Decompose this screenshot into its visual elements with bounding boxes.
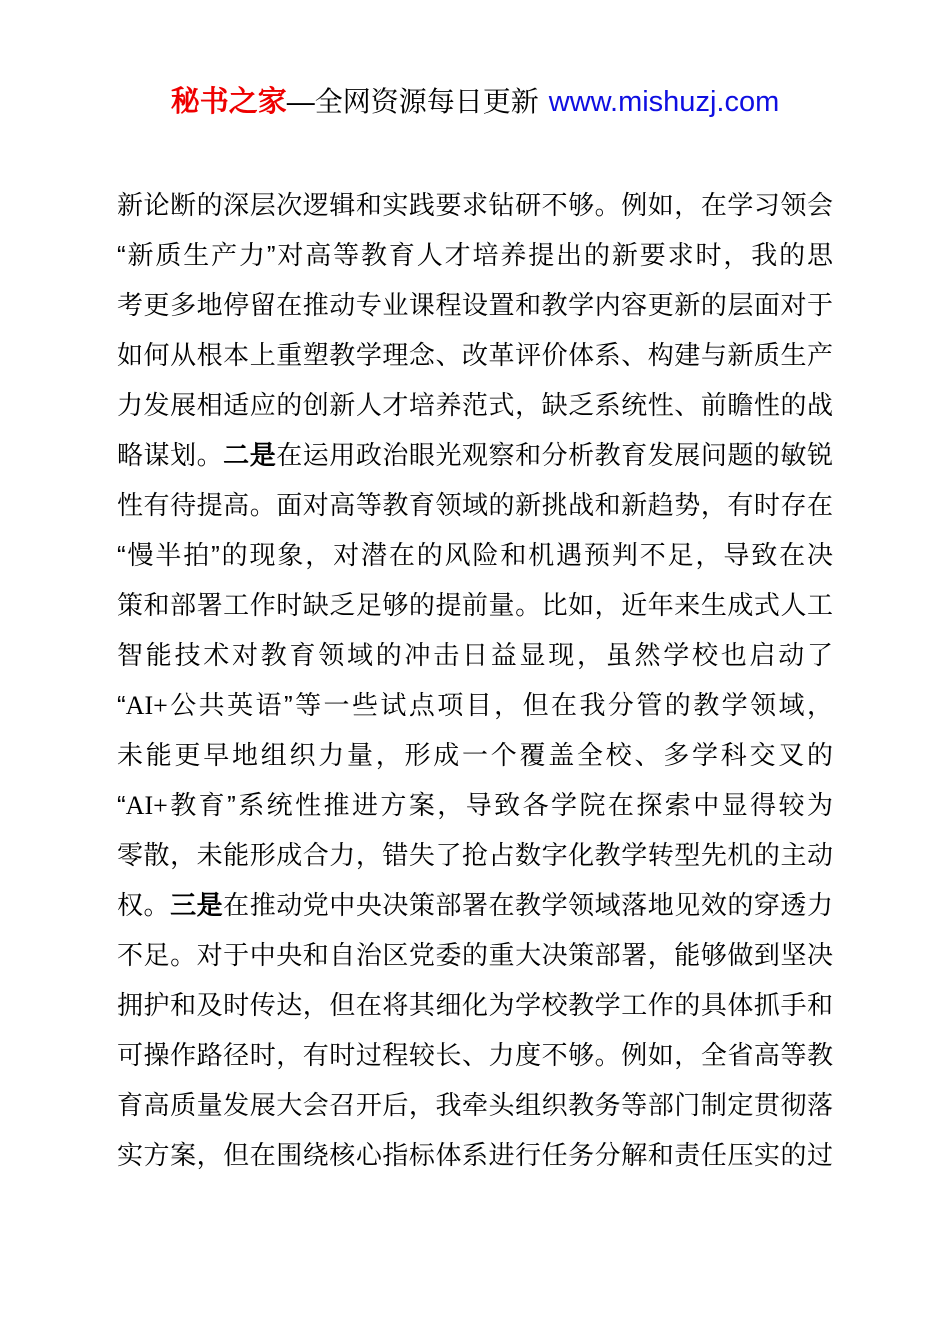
text-line: 考更多地停留在推动专业课程设置和教学内容更新的层面对于 (117, 280, 833, 330)
body-text: AI+ (126, 791, 168, 820)
body-text: 力发展相适应的创新人才培养范式，缺乏系统性、前瞻性的战 (117, 390, 833, 420)
header-url-link[interactable]: www.mishuzj.com (549, 86, 779, 118)
body-text: 性有待提高。面对高等教育领域的新挑战和新趋势，有时存在 (117, 490, 833, 520)
body-text: 策和部署工作时缺乏足够的提前量。比如，近年来生成式人工 (117, 590, 833, 620)
body-text: 如何从根本上重塑教学理念、改革评价体系、构建与新质生产 (117, 340, 833, 370)
header-tagline: 全网资源每日更新 (315, 86, 539, 117)
text-line: “新质生产力”对高等教育人才培养提出的新要求时，我的思 (117, 230, 833, 280)
body-text: 教育”系统性推进方案，导致各学院在探索中显得较为 (168, 790, 833, 820)
text-line: 策和部署工作时缺乏足够的提前量。比如，近年来生成式人工 (117, 580, 833, 630)
text-line: 育高质量发展大会召开后，我牵头组织教务等部门制定贯彻落 (117, 1080, 833, 1130)
body-text: 拥护和及时传达，但在将其细化为学校教学工作的具体抓手和 (117, 990, 833, 1020)
body-text: AI+ (126, 691, 168, 720)
body-text: 公共英语”等一些试点项目，但在我分管的教学领域， (168, 690, 833, 720)
body-text: 智能技术对教育领域的冲击日益显现，虽然学校也启动了 (117, 640, 833, 670)
header-dash: — (287, 86, 315, 117)
body-text: 新论断的深层次逻辑和实践要求钻研不够。例如，在学习领会 (117, 190, 833, 220)
body-text: “ (117, 790, 126, 820)
text-line: 权。三是在推动党中央决策部署在教学领域落地见效的穿透力 (117, 880, 833, 930)
body-text: 零散，未能形成合力，错失了抢占数字化教学转型先机的主动 (117, 840, 833, 870)
text-line: 可操作路径时，有时过程较长、力度不够。例如，全省高等教 (117, 1030, 833, 1080)
body-text: 可操作路径时，有时过程较长、力度不够。例如，全省高等教 (117, 1040, 833, 1070)
emphasis-text: 三是 (170, 890, 223, 920)
body-text: 未能更早地组织力量，形成一个覆盖全校、多学科交叉的 (117, 740, 833, 770)
text-line: 实方案，但在围绕核心指标体系进行任务分解和责任压实的过 (117, 1130, 833, 1180)
text-line: 智能技术对教育领域的冲击日益显现，虽然学校也启动了 (117, 630, 833, 680)
text-line: “AI+公共英语”等一些试点项目，但在我分管的教学领域， (117, 680, 833, 730)
text-line: 拥护和及时传达，但在将其细化为学校教学工作的具体抓手和 (117, 980, 833, 1030)
text-line: “慢半拍”的现象，对潜在的风险和机遇预判不足，导致在决 (117, 530, 833, 580)
body-text: 考更多地停留在推动专业课程设置和教学内容更新的层面对于 (117, 290, 833, 320)
body-text: 略谋划。 (117, 440, 223, 470)
page-header: 秘书之家—全网资源每日更新www.mishuzj.com (0, 84, 950, 120)
document-body: 新论断的深层次逻辑和实践要求钻研不够。例如，在学习领会“新质生产力”对高等教育人… (117, 180, 833, 1180)
body-text: 权。 (117, 890, 170, 920)
text-line: 未能更早地组织力量，形成一个覆盖全校、多学科交叉的 (117, 730, 833, 780)
text-line: 略谋划。二是在运用政治眼光观察和分析教育发展问题的敏锐 (117, 430, 833, 480)
text-line: 不足。对于中央和自治区党委的重大决策部署，能够做到坚决 (117, 930, 833, 980)
text-line: “AI+教育”系统性推进方案，导致各学院在探索中显得较为 (117, 780, 833, 830)
text-line: 如何从根本上重塑教学理念、改革评价体系、构建与新质生产 (117, 330, 833, 380)
body-text: “ (117, 690, 126, 720)
body-text: 在运用政治眼光观察和分析教育发展问题的敏锐 (276, 440, 833, 470)
text-line: 零散，未能形成合力，错失了抢占数字化教学转型先机的主动 (117, 830, 833, 880)
body-text: 育高质量发展大会召开后，我牵头组织教务等部门制定贯彻落 (117, 1090, 833, 1120)
body-text: 实方案，但在围绕核心指标体系进行任务分解和责任压实的过 (117, 1140, 833, 1170)
body-text: “慢半拍”的现象，对潜在的风险和机遇预判不足，导致在决 (117, 540, 833, 570)
body-text: 在推动党中央决策部署在教学领域落地见效的穿透力 (223, 890, 833, 920)
emphasis-text: 二是 (223, 440, 276, 470)
brand-name: 秘书之家 (171, 86, 287, 118)
text-line: 性有待提高。面对高等教育领域的新挑战和新趋势，有时存在 (117, 480, 833, 530)
text-line: 新论断的深层次逻辑和实践要求钻研不够。例如，在学习领会 (117, 180, 833, 230)
body-text: “新质生产力”对高等教育人才培养提出的新要求时，我的思 (117, 240, 833, 270)
text-line: 力发展相适应的创新人才培养范式，缺乏系统性、前瞻性的战 (117, 380, 833, 430)
body-text: 不足。对于中央和自治区党委的重大决策部署，能够做到坚决 (117, 940, 833, 970)
document-page: 秘书之家—全网资源每日更新www.mishuzj.com 新论断的深层次逻辑和实… (0, 0, 950, 1344)
